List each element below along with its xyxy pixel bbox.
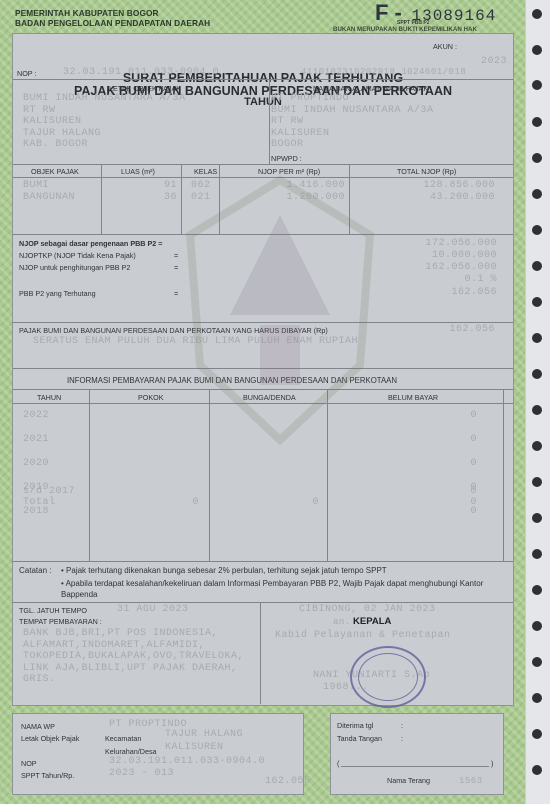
col-objek-pajak: OBJEK PAJAK (31, 167, 79, 176)
perforation-hole (532, 80, 542, 90)
col-total-njop: TOTAL NJOP (Rp) (397, 167, 456, 176)
tahun-cell: 2022 (23, 410, 49, 421)
stub-sppt-amount: 162.056 (265, 776, 311, 787)
colon: : (401, 734, 403, 743)
payment-place-line: BANK BJB,BRI,PT POS INDONESIA, (23, 628, 244, 640)
col-tahun: TAHUN (37, 393, 61, 402)
stub-kecamatan: TAJUR HALANG (165, 729, 243, 740)
belum-cell: 0 (393, 434, 477, 445)
paren-close: ) (491, 759, 493, 768)
an-label: an. (333, 617, 351, 627)
address-line: KALISUREN (271, 128, 434, 140)
address-line: BUMI INDAH NUSANTARA A/3A (271, 105, 434, 117)
object-location-address: BUMI INDAH NUSANTARA A/3A RT RW KALISURE… (23, 93, 186, 151)
npwpd-label: NPWPD : (271, 154, 302, 163)
notes-label: Catatan : (19, 566, 51, 575)
taxpayer-heading: NAMA DAN ALAMAT WAJIB PAJAK (313, 84, 428, 93)
stub-nama-terang-label: Nama Terang (387, 776, 430, 785)
perforation-hole (532, 693, 542, 703)
serial-number: F - 13089164 (375, 0, 496, 26)
col-pokok: POKOK (138, 393, 164, 402)
note-item: • Apabila terdapat kesalahan/kekeliruan … (61, 578, 501, 600)
stub-kelurahan: KALISUREN (165, 742, 224, 753)
perforation-hole (532, 441, 542, 451)
perforation-hole (532, 513, 542, 523)
perforation-hole (532, 261, 542, 271)
paren-open: ( (337, 759, 339, 768)
signer-position: Kabid Pelayanan & Penetapan (275, 630, 451, 641)
perforation-hole (532, 189, 542, 199)
tahun-cell: Total (23, 497, 56, 508)
address-line: KALISUREN (23, 116, 186, 128)
objek-cell: BUMI (23, 180, 75, 192)
stub-nop: 32.03.191.011.033-0904.0 (109, 756, 265, 767)
stub-kelurahan-label: Kelurahan/Desa (105, 747, 157, 756)
nop-label: NOP : (17, 69, 36, 78)
perforation-hole (532, 549, 542, 559)
luas-cell: 91 (133, 180, 177, 192)
total-cell: 43.200.000 (383, 192, 495, 204)
bogor-emblem-watermark (180, 175, 380, 445)
payment-place-label: TEMPAT PEMBAYARAN : (19, 617, 102, 626)
stub-sppt-year: 2023 - 013 (109, 768, 174, 779)
tax-year: 2023 (481, 56, 507, 67)
belum-cell: 0 (393, 458, 477, 469)
belum-cell: 0 (393, 486, 477, 497)
njoptkp-value: 10.000.000 (432, 250, 497, 261)
stub-letak-label: Letak Objek Pajak (21, 734, 79, 743)
address-line: KAB. BOGOR (23, 139, 186, 151)
perforation-hole (532, 765, 542, 775)
stub-nop-label: NOP (21, 759, 37, 768)
account-code: 4110102310202918 1024601/018 (301, 67, 466, 77)
tax-rate: 0.1 % (464, 274, 497, 285)
pbb-due-label: PBB P2 yang Terhutang (19, 289, 96, 298)
table-row: BUMI BANGUNAN (23, 180, 75, 204)
tahun-cell: 2020 (23, 458, 49, 469)
perforation-hole (532, 153, 542, 163)
equals-sign: = (174, 251, 178, 260)
stub-diterima-label: Diterima tgl (337, 721, 373, 730)
signing-place-date: CIBINONG, 02 JAN 2023 (299, 604, 436, 615)
agency-line-2: BADAN PENGELOLAAN PENDAPATAN DAERAH (15, 18, 210, 28)
col-belum-bayar: BELUM BAYAR (388, 393, 438, 402)
payment-place-line: GRIS. (23, 674, 244, 686)
official-stamp (350, 646, 426, 708)
perforation-hole (532, 117, 542, 127)
note-item: • Pajak terhutang dikenakan bunga sebesa… (61, 566, 387, 575)
stub-nama-wp-label: NAMA WP (21, 722, 55, 731)
bunga-cell: 0 (233, 497, 319, 508)
njop-basis-value: 172.056.000 (425, 238, 497, 249)
perforation-hole (532, 297, 542, 307)
stub-sppt-label: SPPT Tahun/Rp. (21, 771, 74, 780)
colon: : (401, 721, 403, 730)
note-text: Apabila terdapat kesalahan/kekeliruan da… (61, 579, 483, 599)
object-location-heading: LETAK OBJEK PAJAK (109, 84, 181, 93)
njop-basis-label: NJOP sebagai dasar pengenaan PBB P2 = (19, 239, 162, 248)
pokok-cell: 0 (113, 497, 199, 508)
payment-place-line: ALFAMART,INDOMARET,ALFAMIDI, (23, 640, 244, 652)
equals-sign: = (174, 289, 178, 298)
table-row: 20200 (13, 458, 503, 470)
due-date-label: TGL. JATUH TEMPO (19, 606, 87, 615)
perforation-hole (532, 729, 542, 739)
perforation-hole (532, 621, 542, 631)
perforation-hole (532, 369, 542, 379)
perforation-hole (532, 405, 542, 415)
receipt-stub-right: Diterima tgl : Tanda Tangan : ( ) Nama T… (330, 713, 504, 795)
perforation-hole (532, 585, 542, 595)
due-date-value: 31 AGU 2023 (117, 604, 189, 615)
payment-place-line: LINK AJA,BLIBLI,UPT PAJAK DAERAH, (23, 663, 244, 675)
njoptkp-label: NJOPTKP (NJOP Tidak Kena Pajak) (19, 251, 136, 260)
payment-place-line: TOKOPEDIA,BUKALAPAK,OVO,TRAVELOKA, (23, 651, 244, 663)
table-row: Total000 (13, 497, 503, 509)
receipt-stub-left: NAMA WP PT PROPTINDO Letak Objek Pajak K… (12, 713, 304, 795)
perforation-hole (532, 477, 542, 487)
nop-value: 32.03.191.011.033-0904.0 (63, 67, 219, 78)
perforation-hole (532, 225, 542, 235)
address-line: BUMI INDAH NUSANTARA A/3A (23, 93, 186, 105)
pbb-due-value: 162.056 (451, 287, 497, 298)
njop-calc-value: 162.056.000 (425, 262, 497, 273)
signer-title: KEPALA (353, 616, 391, 627)
address-line: RT RW (23, 105, 186, 117)
address-line: TAJUR HALANG (23, 128, 186, 140)
perforation-hole (532, 657, 542, 667)
stub-kecamatan-label: Kecamatan (105, 734, 141, 743)
perforation-hole (532, 9, 542, 19)
belum-cell: 0 (393, 410, 477, 421)
perforation-hole (532, 45, 542, 55)
address-line: BOGOR (271, 139, 434, 151)
tahun-cell: s/d 2017 (23, 486, 75, 497)
luas-column: 91 36 (133, 180, 177, 204)
perforation-hole (532, 333, 542, 343)
luas-cell: 36 (133, 192, 177, 204)
belum-cell: 0 (393, 497, 477, 508)
tahun-cell: 2021 (23, 434, 49, 445)
equals-sign: = (174, 263, 178, 272)
njop-calc-label: NJOP untuk penghitungan PBB P2 (19, 263, 130, 272)
note-text: Pajak terhutang dikenakan bunga sebesar … (66, 566, 387, 575)
objek-cell: BANGUNAN (23, 192, 75, 204)
total-njop-column: 128.856.000 43.200.000 (383, 180, 495, 204)
taxpayer-address: PT PROPTINDO BUMI INDAH NUSANTARA A/3A R… (271, 93, 434, 151)
payment-places: BANK BJB,BRI,PT POS INDONESIA, ALFAMART,… (23, 628, 244, 686)
address-line: RT RW (271, 116, 434, 128)
col-luas: LUAS (m²) (121, 167, 155, 176)
total-cell: 128.856.000 (383, 180, 495, 192)
akun-label: AKUN : (433, 42, 457, 51)
stub-ttd-label: Tanda Tangan (337, 734, 382, 743)
ownership-notice: BUKAN MERUPAKAN BUKTI KEPEMILIKAN HAK (333, 26, 477, 33)
stub-code: 1563 (459, 776, 483, 786)
agency-line-1: PEMERINTAH KABUPATEN BOGOR (15, 8, 159, 18)
payable-value: 162.056 (449, 324, 495, 335)
taxpayer-name: PT PROPTINDO (271, 93, 434, 105)
